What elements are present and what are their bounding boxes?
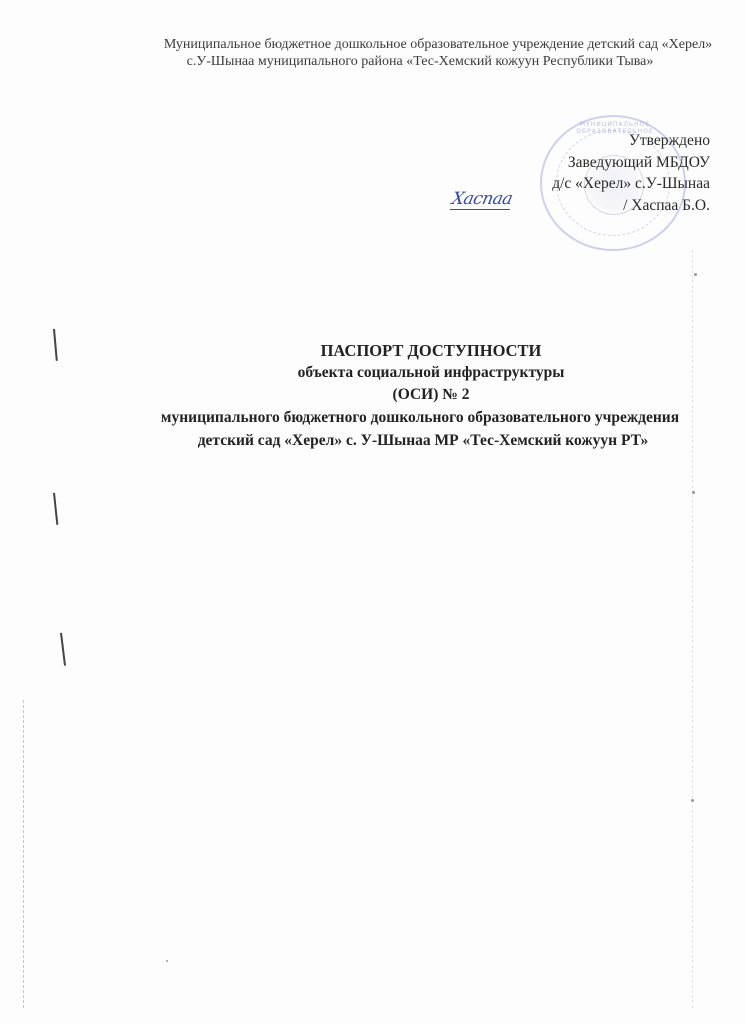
scan-mark-1 [53, 329, 58, 361]
scan-edge-line-right [692, 250, 693, 1010]
document-title: ПАСПОРТ ДОСТУПНОСТИ [110, 340, 730, 362]
scan-mark-2 [53, 493, 58, 525]
document-page: Муниципальное бюджетное дошкольное образ… [0, 0, 745, 1024]
institution-header: Муниципальное бюджетное дошкольное образ… [100, 36, 740, 70]
scan-mark-3 [60, 633, 66, 666]
scan-speck [691, 799, 694, 802]
scan-speck [166, 960, 168, 962]
document-title-block: ПАСПОРТ ДОСТУПНОСТИ объекта социальной и… [110, 340, 730, 452]
approval-position: Заведующий МБДОУ [552, 152, 710, 174]
signature-line: Хаспаа / Хаспаа Б.О. [552, 195, 710, 217]
approval-block: Утверждено Заведующий МБДОУ д/с «Херел» … [552, 130, 710, 217]
approval-institution: д/с «Херел» с.У-Шынаа [552, 173, 710, 195]
handwritten-signature: Хаспаа [450, 189, 514, 210]
title-subline-number: (ОСИ) № 2 [110, 384, 730, 406]
header-line-1: Муниципальное бюджетное дошкольное образ… [100, 36, 740, 53]
scan-speck [692, 491, 695, 494]
signer-name: / Хаспаа Б.О. [623, 197, 710, 214]
title-subline-object: объекта социальной инфраструктуры [110, 362, 730, 384]
approval-label: Утверждено [552, 130, 710, 152]
scan-edge-line-left [23, 700, 24, 1010]
title-subline-institution: муниципального бюджетного дошкольного об… [110, 406, 730, 429]
header-line-2: с.У-Шынаа муниципального района «Тес-Хем… [100, 53, 740, 70]
scan-speck [694, 273, 697, 276]
title-subline-location: детский сад «Херел» с. У-Шынаа МР «Тес-Х… [110, 429, 730, 452]
